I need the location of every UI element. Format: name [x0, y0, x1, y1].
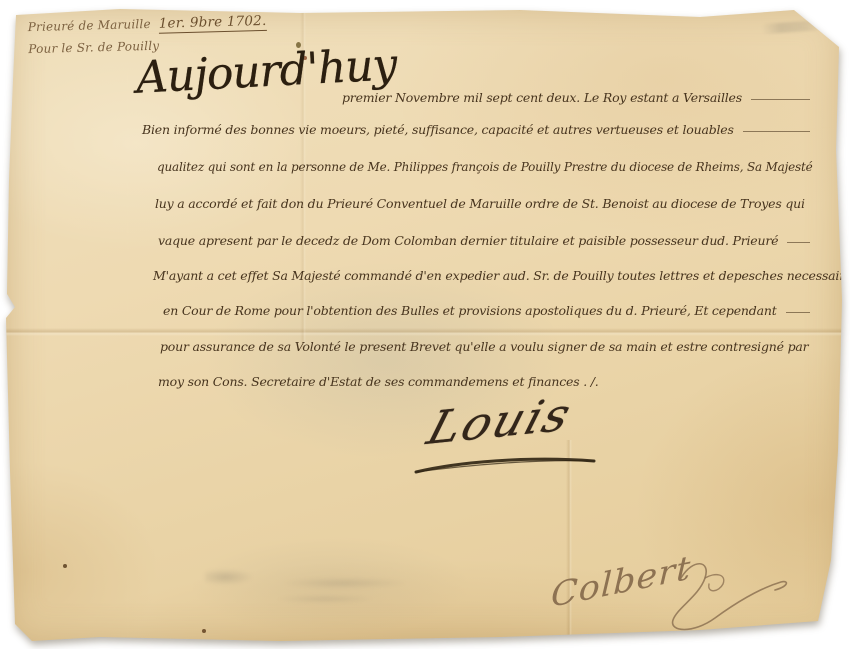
parchment: Prieuré de Maruille1er. 9bre 1702. Pour …	[0, 0, 850, 649]
parchment-shadow: Prieuré de Maruille1er. 9bre 1702. Pour …	[0, 0, 850, 649]
body-line-text: moy son Cons. Secretaire d'Estat de ses …	[158, 374, 599, 389]
document-photo: Prieuré de Maruille1er. 9bre 1702. Pour …	[0, 0, 850, 649]
annotation-date: 1er. 9bre 1702.	[159, 13, 267, 34]
body-line-text: M'ayant a cet effet Sa Majesté commandé …	[153, 268, 850, 283]
ink-speck	[63, 564, 67, 568]
ink-show-through	[205, 565, 465, 607]
body-line-text: qualitez qui sont en la personne de Me. …	[157, 159, 813, 174]
body-line-text: Bien informé des bonnes vie moeurs, piet…	[142, 122, 734, 137]
body-line: qualitez qui sont en la personne de Me. …	[157, 159, 812, 174]
signature-louis-flourish	[408, 448, 618, 478]
ink-speck	[763, 626, 767, 630]
body-line: vaque apresent par le decedz de Dom Colo…	[158, 233, 812, 248]
body-line: M'ayant a cet effet Sa Majesté commandé …	[153, 268, 812, 283]
body-line: premier Novembre mil sept cent deux. Le …	[342, 90, 812, 105]
line-filler	[743, 131, 810, 132]
body-line-text: premier Novembre mil sept cent deux. Le …	[342, 90, 742, 105]
ink-speck	[202, 629, 206, 633]
signature-louis: Louis	[408, 392, 618, 478]
signature-colbert-paraph	[663, 548, 793, 638]
line-filler	[786, 312, 810, 313]
body-line-text: luy a accordé et fait don du Prieuré Con…	[155, 196, 805, 211]
line-filler	[787, 242, 810, 243]
body-line: pour assurance de sa Volonté le present …	[160, 339, 812, 354]
body-line: Bien informé des bonnes vie moeurs, piet…	[142, 122, 812, 137]
line-filler	[751, 99, 810, 100]
body-line-text: pour assurance de sa Volonté le present …	[160, 339, 808, 354]
body-line-text: en Cour de Rome pour l'obtention des Bul…	[163, 303, 777, 318]
body-line-text: vaque apresent par le decedz de Dom Colo…	[158, 233, 778, 248]
annotation-title: Prieuré de Maruille	[28, 17, 151, 34]
body-line: luy a accordé et fait don du Prieuré Con…	[155, 196, 812, 211]
body-line: moy son Cons. Secretaire d'Estat de ses …	[158, 374, 812, 389]
body-line: en Cour de Rome pour l'obtention des Bul…	[163, 303, 812, 318]
signature-louis-text: Louis	[421, 387, 578, 455]
signature-colbert: Colbert	[545, 540, 795, 640]
